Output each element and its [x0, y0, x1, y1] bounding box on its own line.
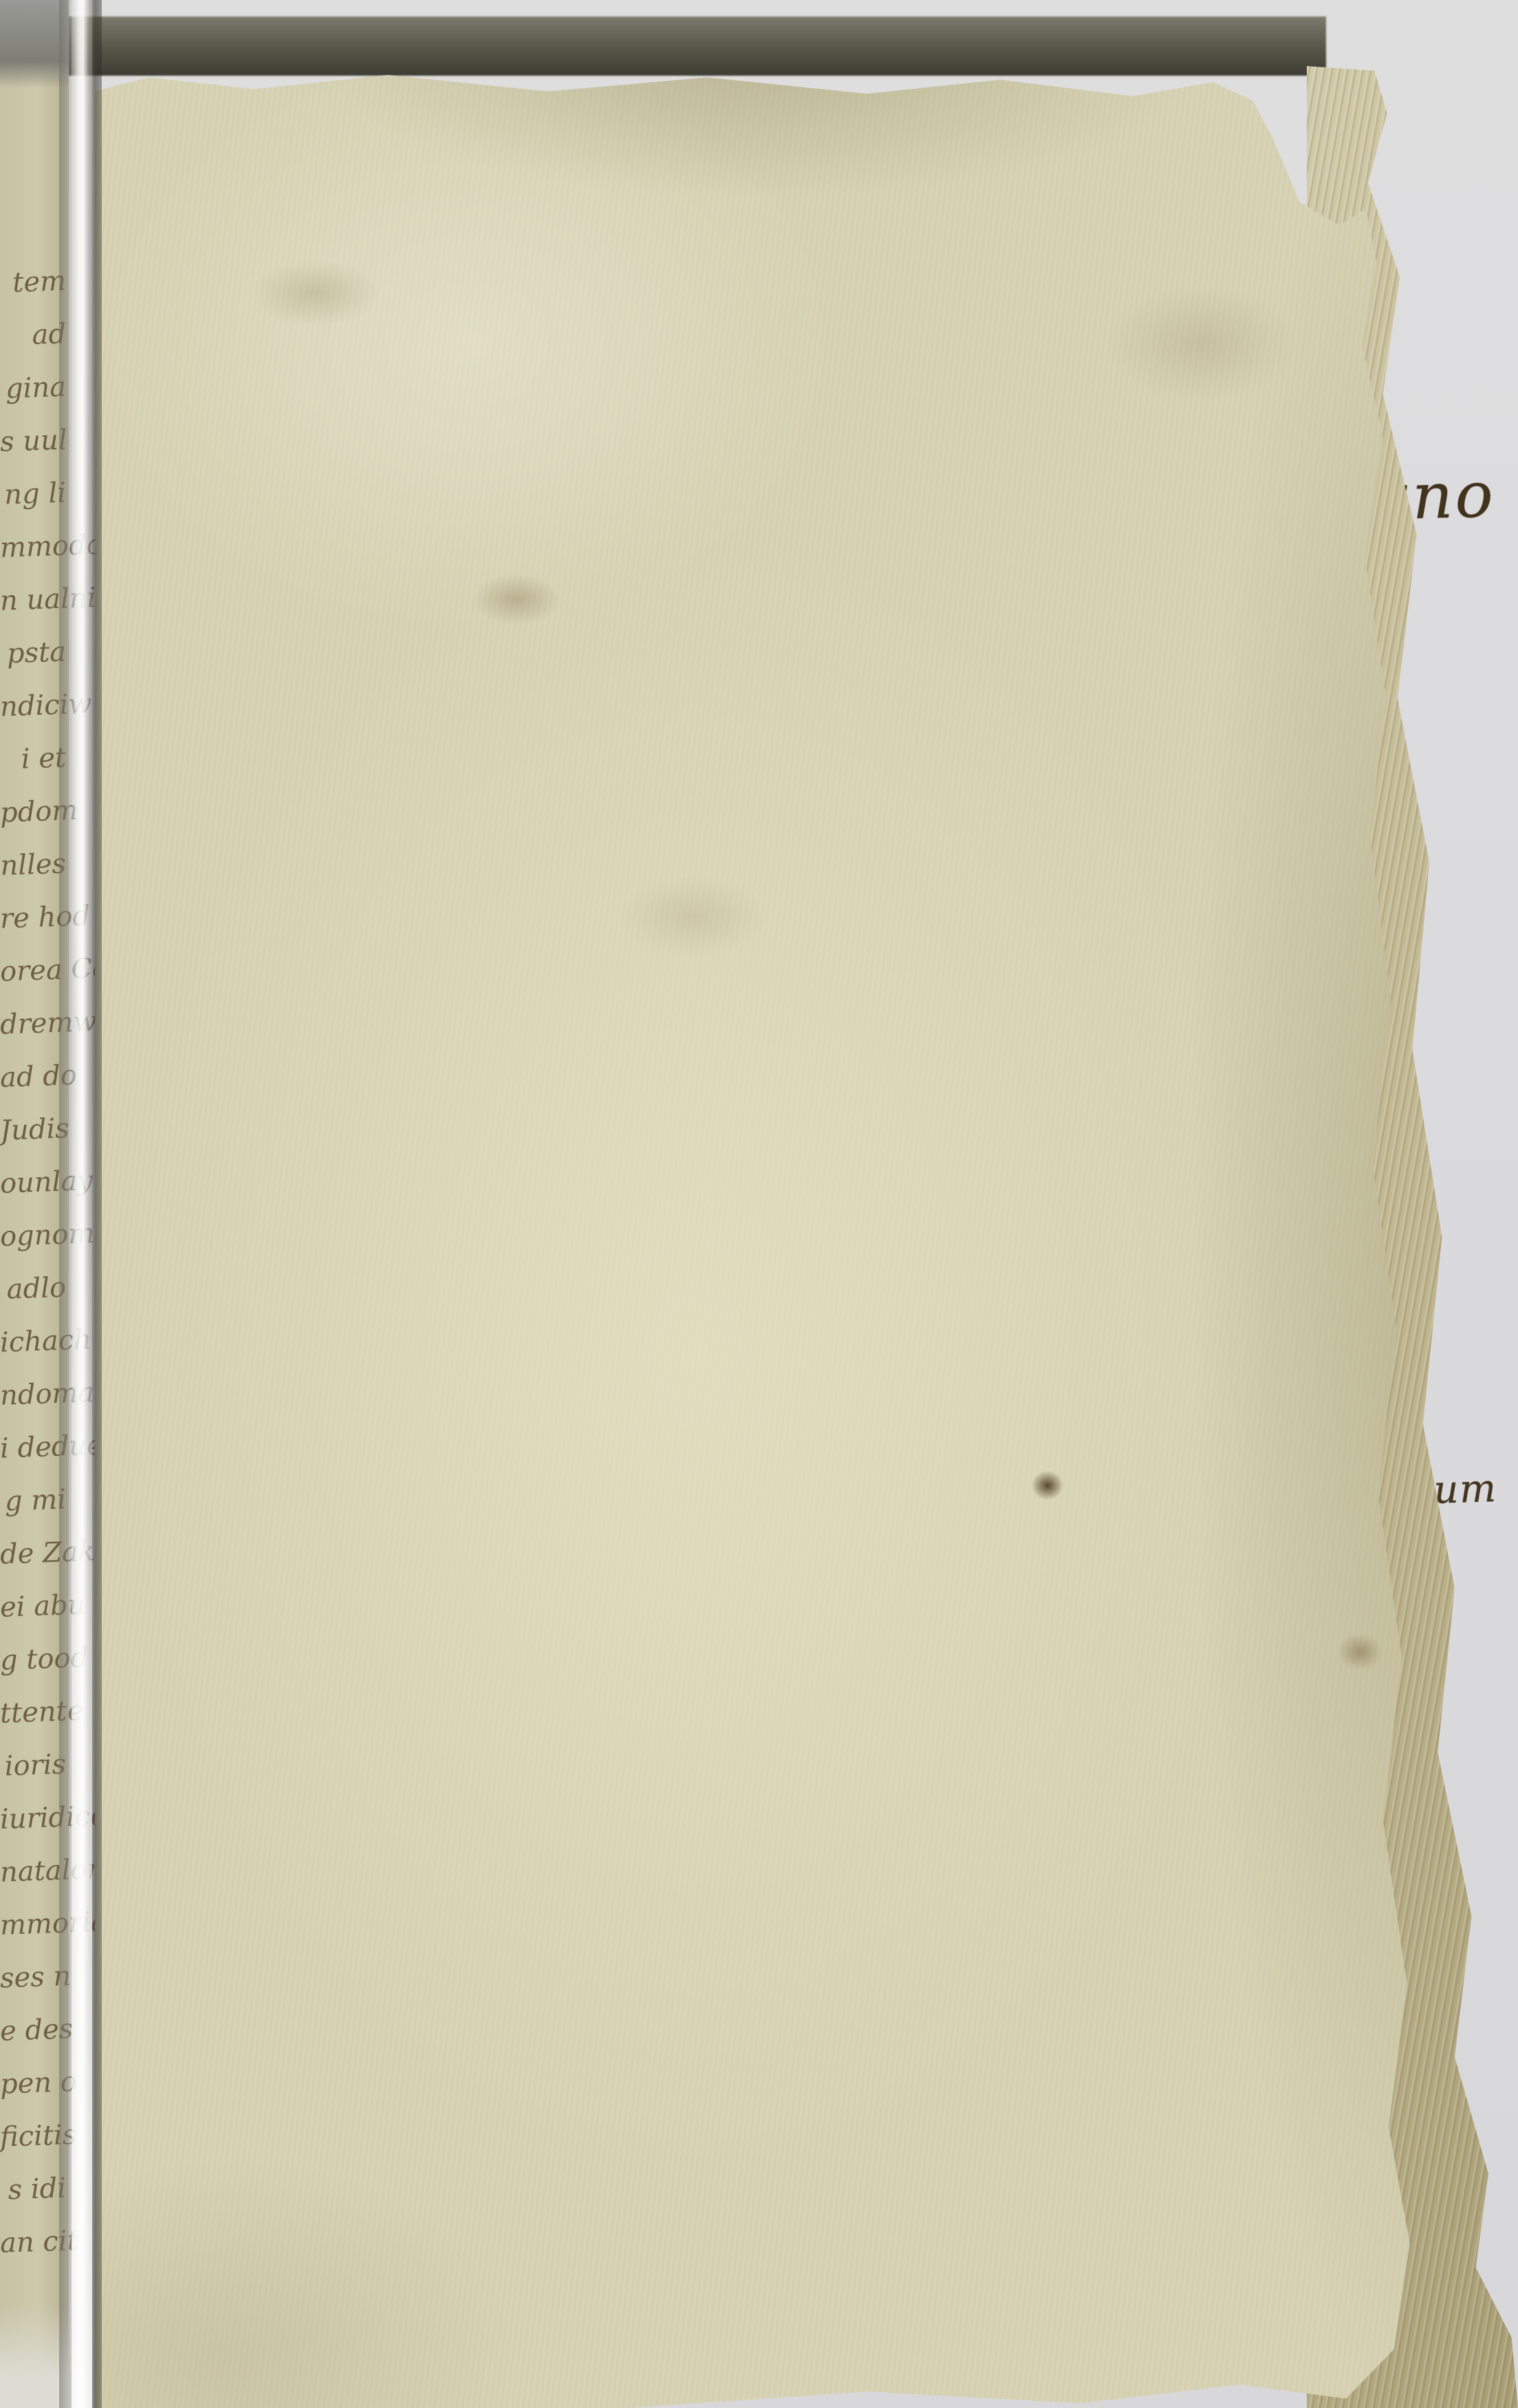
ink-stain: [472, 574, 561, 625]
manuscript-page: [95, 63, 1426, 2408]
paper-smudge: [1106, 285, 1299, 402]
manuscript-scan: 50 Ditio Inquisitionis Klopewo Liengno 1…: [0, 0, 1518, 2408]
book-top-edge: [0, 17, 1326, 76]
paper-smudge: [250, 260, 381, 326]
paper-stain: [1468, 1782, 1498, 1848]
ink-stain: [1337, 1633, 1383, 1670]
ink-blot: [1032, 1471, 1063, 1500]
glass-edge-strip: [59, 0, 102, 2408]
facing-page-sliver: temadginas uulng limmodon ualnispstandic…: [0, 0, 69, 2408]
glass-glare: [72, 0, 92, 2408]
paper-smudge: [618, 875, 769, 958]
